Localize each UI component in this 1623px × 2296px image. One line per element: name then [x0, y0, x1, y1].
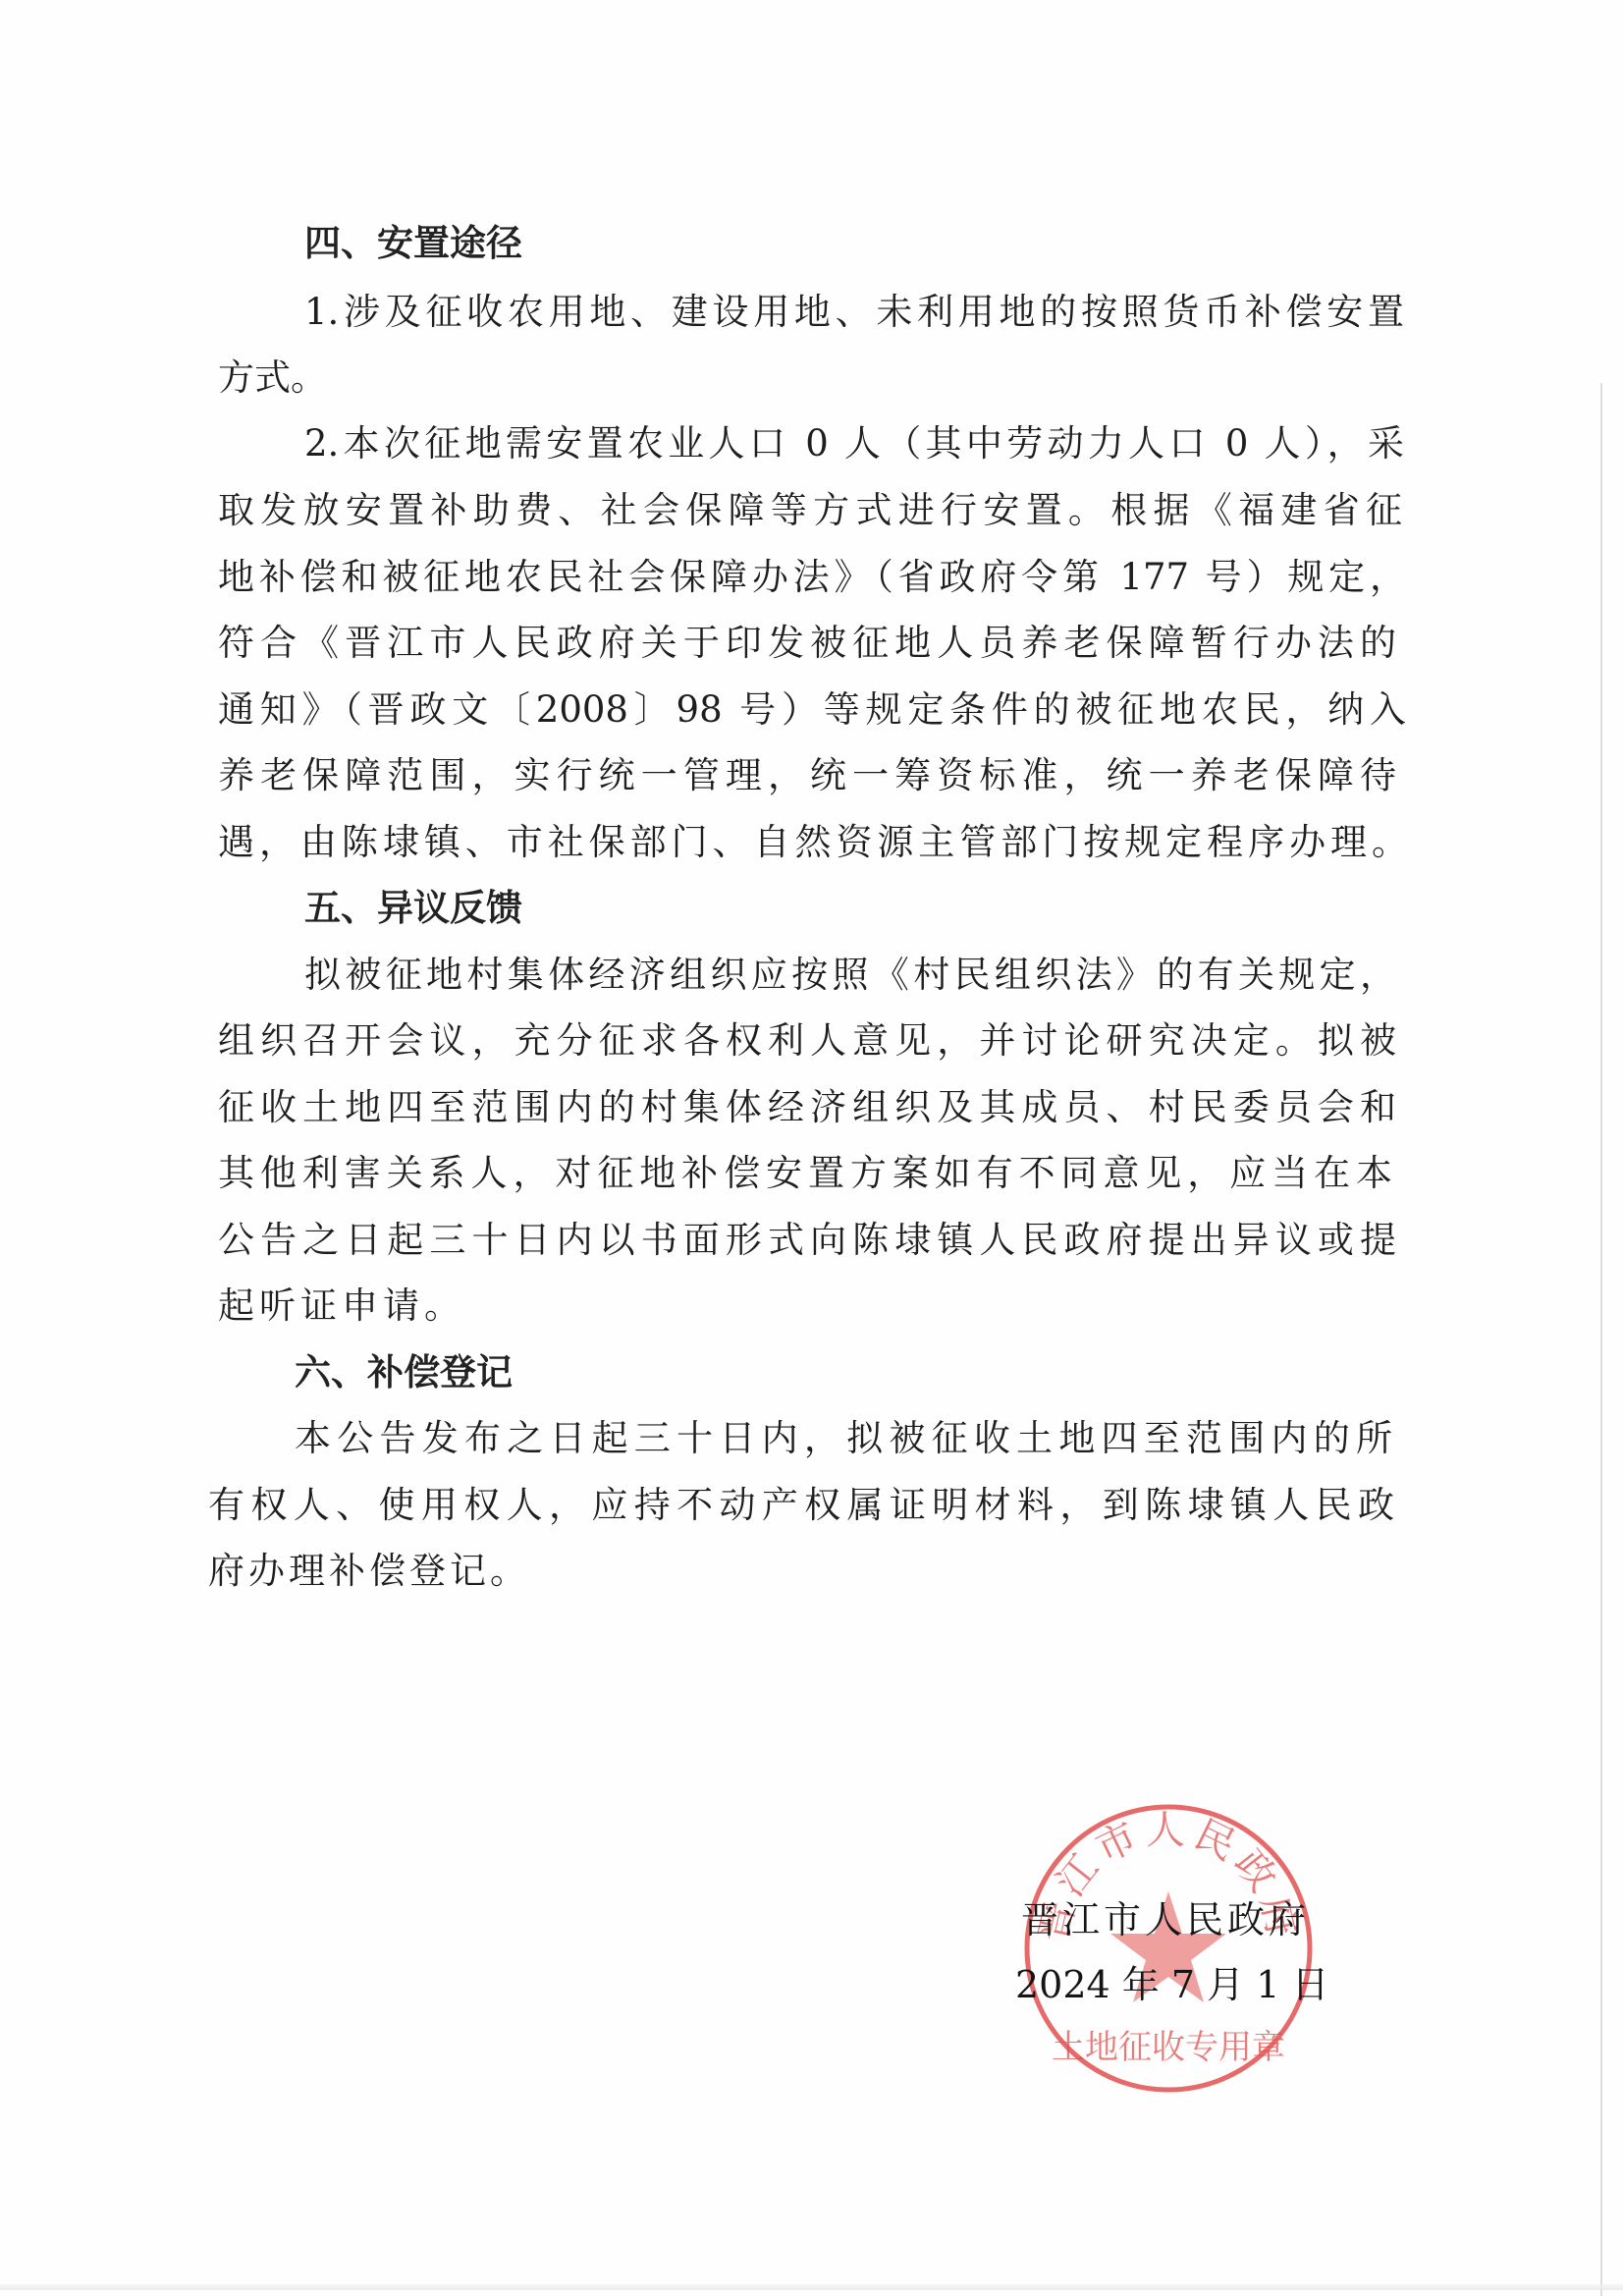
scan-edge-line [1600, 383, 1602, 2296]
section-heading-registration: 六、补偿登记 [295, 1350, 513, 1395]
issuer-name: 晋江市人民政府 [1021, 1889, 1310, 1943]
paragraph-line: 取发放安置补助费、社会保障等方式进行安置。根据《福建省征 [218, 488, 1402, 533]
paragraph-line: 2.本次征地需安置农业人口 0 人（其中劳动力人口 0 人），采 [304, 421, 1404, 466]
paragraph-line: 其他利害关系人，对征地补偿安置方案如有不同意见，应当在本 [218, 1151, 1392, 1196]
svg-text:土地征收专用章: 土地征收专用章 [1052, 2028, 1285, 2067]
paragraph-line: 方式。 [218, 355, 327, 401]
paragraph-line: 府办理补偿登记。 [208, 1549, 530, 1594]
paragraph-line: 公告之日起三十日内以书面形式向陈埭镇人民政府提出异议或提 [218, 1218, 1396, 1263]
paragraph-line: 符合《晋江市人民政府关于印发被征地人员养老保障暂行办法的 [218, 621, 1396, 666]
paragraph-line: 组织召开会议，充分征求各权利人意见，并讨论研究决定。拟被 [218, 1018, 1396, 1064]
paragraph-line: 征收土地四至范围内的村集体经济组织及其成员、村民委员会和 [218, 1085, 1396, 1130]
paragraph-line: 遇，由陈埭镇、市社保部门、自然资源主管部门按规定程序办理。 [218, 820, 1408, 865]
official-seal: 晋江市人民政府 土地征收专用章 [1021, 1801, 1316, 2096]
document-page: 四、安置途径 1.涉及征收农用地、建设用地、未利用地的按照货币补偿安置 方式。 … [0, 0, 1623, 2296]
section-heading-resettlement: 四、安置途径 [304, 221, 522, 266]
issue-date: 2024 年 7 月 1 日 [1015, 1954, 1328, 2008]
seal-icon: 晋江市人民政府 土地征收专用章 [1021, 1801, 1316, 2096]
scan-bottom-band [0, 2284, 1623, 2290]
paragraph-line: 地补偿和被征地农民社会保障办法》（省政府令第 177 号）规定， [218, 555, 1406, 600]
paragraph-line: 通知》（晋政文〔2008〕98 号）等规定条件的被征地农民，纳入 [218, 687, 1406, 733]
paragraph-line: 1.涉及征收农用地、建设用地、未利用地的按照货币补偿安置 [304, 290, 1404, 335]
paragraph-line: 本公告发布之日起三十日内，拟被征收土地四至范围内的所 [295, 1416, 1392, 1461]
paragraph-line: 有权人、使用权人，应持不动产权属证明材料，到陈埭镇人民政 [208, 1483, 1394, 1528]
paragraph-line: 起听证申请。 [218, 1284, 465, 1329]
paragraph-line: 拟被征地村集体经济组织应按照《村民组织法》的有关规定， [304, 953, 1396, 998]
section-heading-objection: 五、异议反馈 [304, 886, 522, 931]
paragraph-line: 养老保障范围，实行统一管理，统一筹资标准，统一养老保障待 [218, 753, 1396, 798]
